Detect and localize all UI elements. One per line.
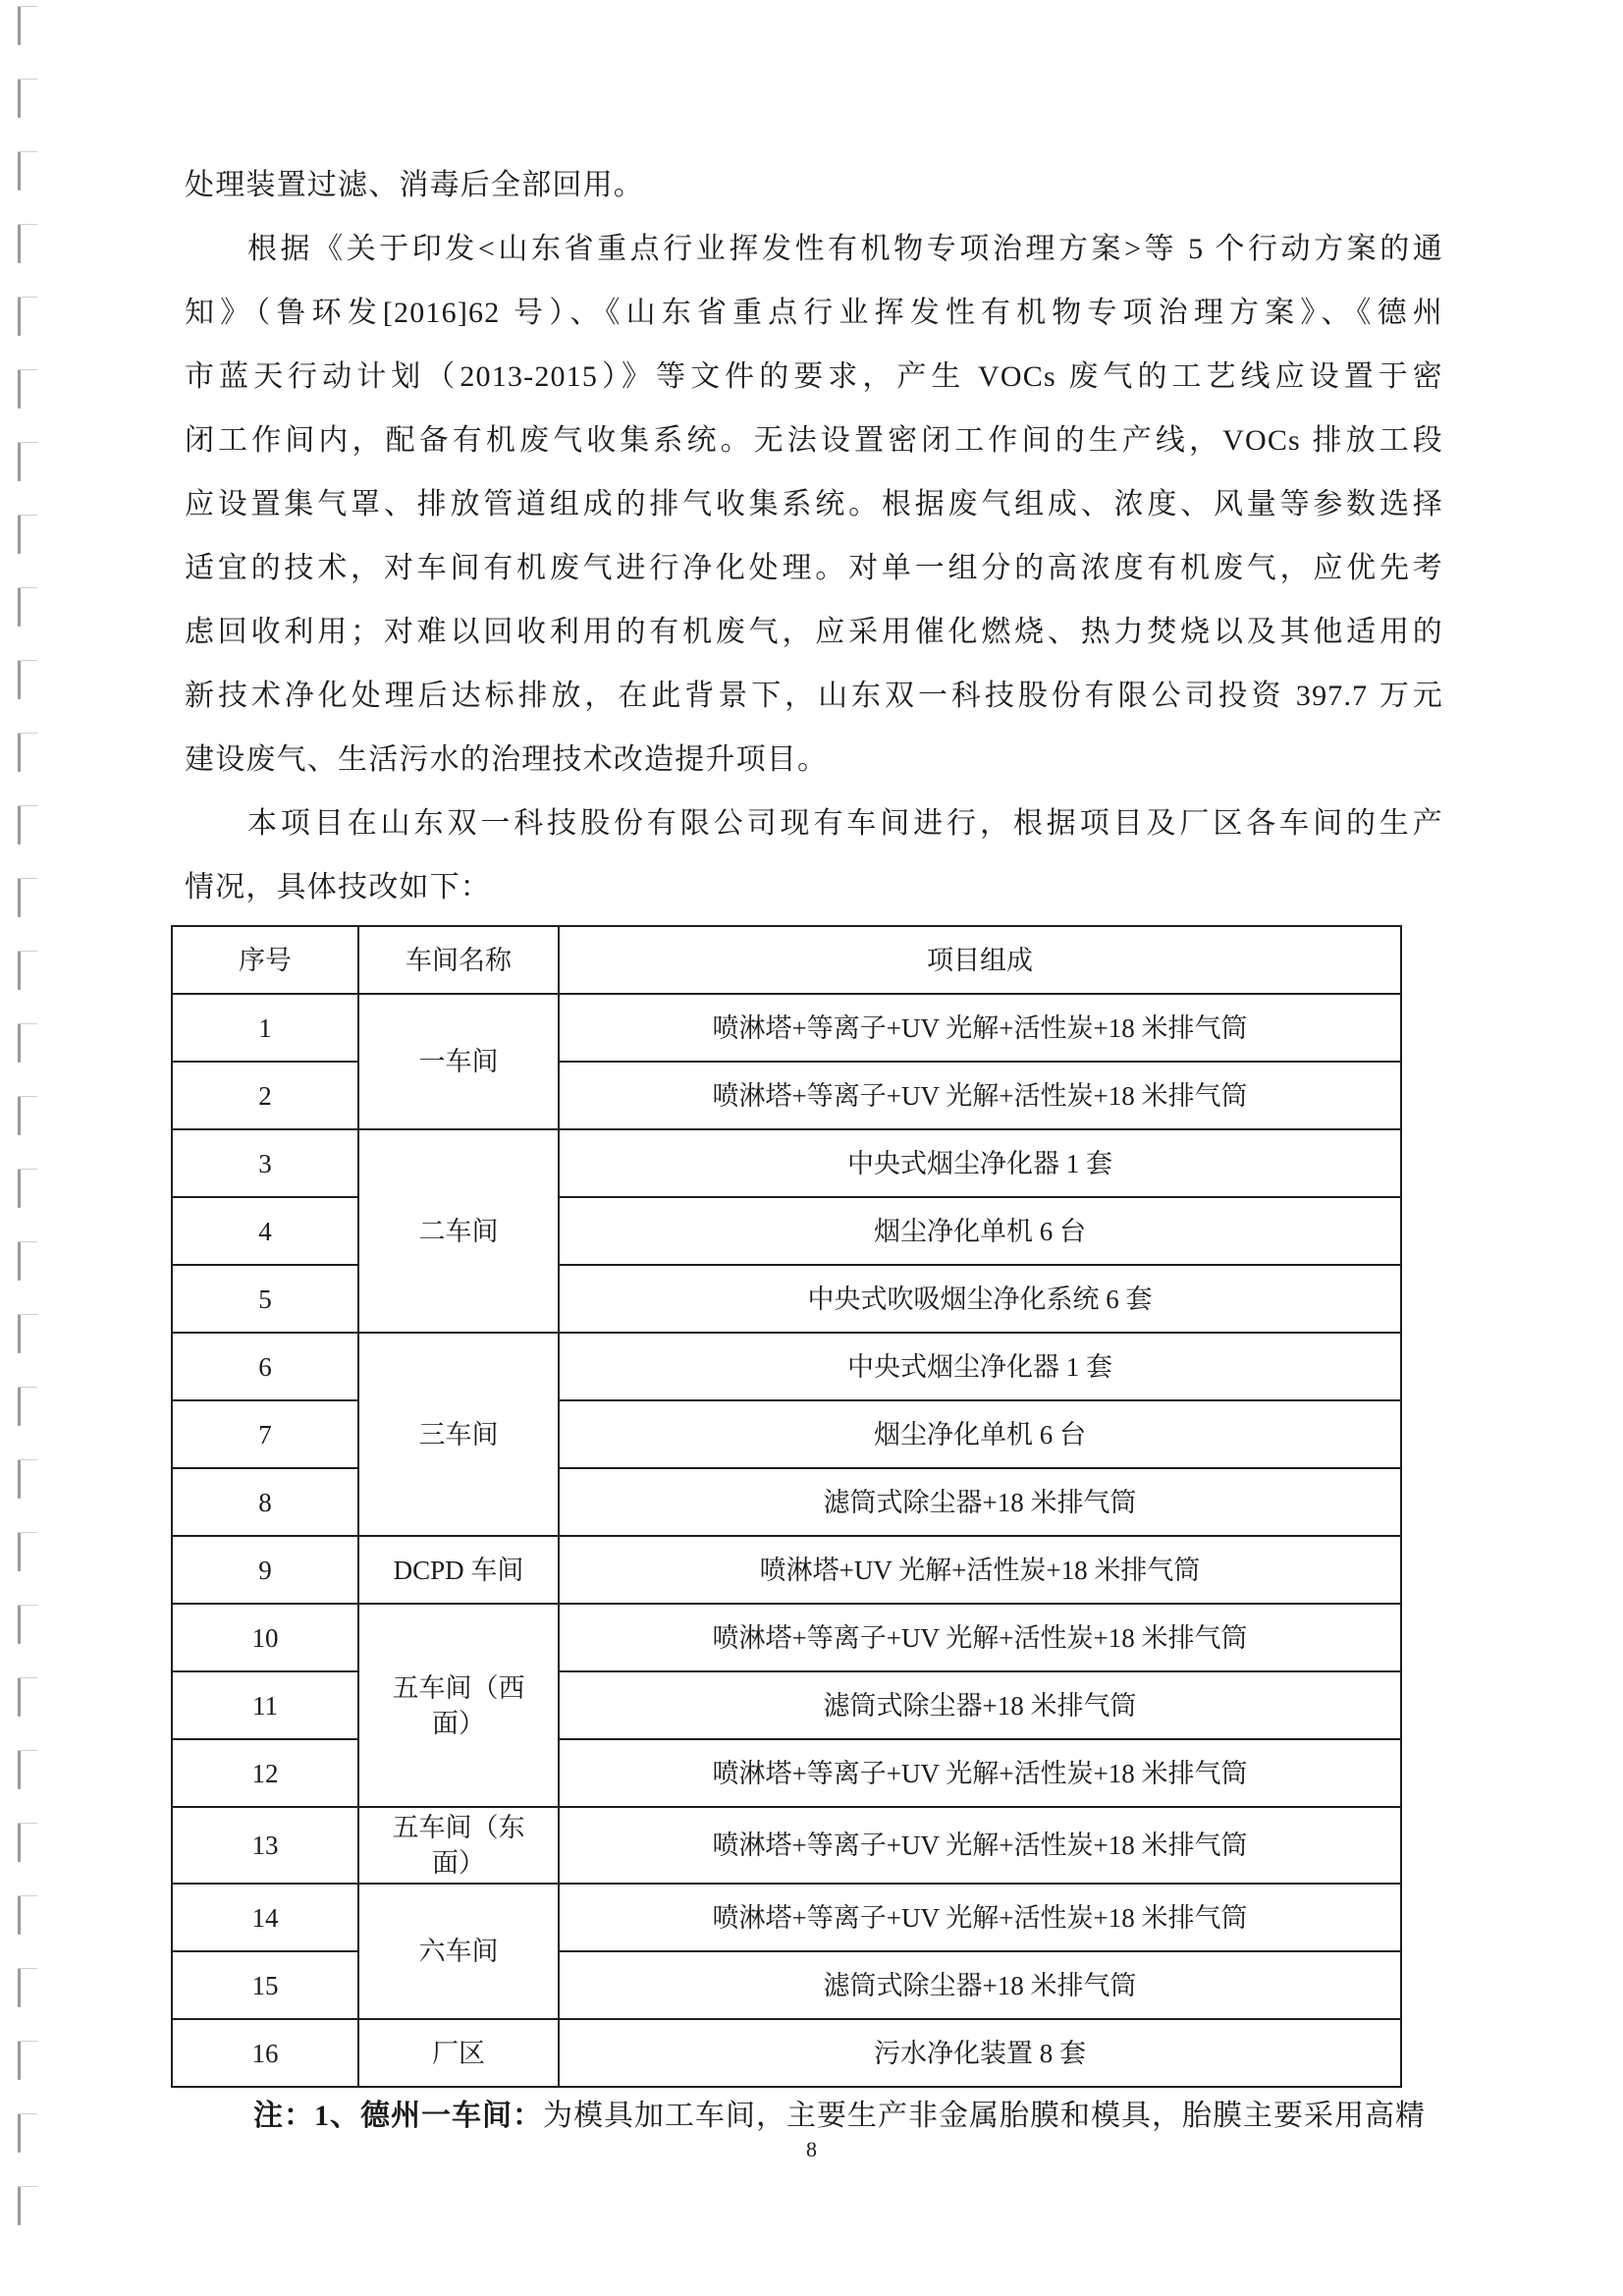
binding-mark [18, 1241, 21, 1281]
binding-mark [18, 1605, 21, 1644]
table-row: 10 五车间（西面） 喷淋塔+等离子+UV 光解+活性炭+18 米排气筒 [172, 1604, 1401, 1671]
paragraph: 本项目在山东双一科技股份有限公司现有车间进行，根据项目及厂区各车间的生产 情况，… [185, 792, 1443, 919]
table-row: 5 中央式吹吸烟尘净化系统 6 套 [172, 1265, 1401, 1333]
note-prefix: 注：1、德州一车间： [253, 2100, 543, 2132]
binding-mark [18, 660, 21, 699]
workshop-name: 六车间 [358, 1884, 559, 2019]
row-item: 喷淋塔+等离子+UV 光解+活性炭+18 米排气筒 [559, 1739, 1401, 1807]
text-line: 虑回收利用；对难以回收利用的有机废气，应采用催化燃烧、热力焚烧以及其他适用的 [185, 600, 1443, 664]
binding-mark [18, 369, 21, 409]
table-row: 4 烟尘净化单机 6 台 [172, 1197, 1401, 1265]
table-row: 14 六车间 喷淋塔+等离子+UV 光解+活性炭+18 米排气筒 [172, 1884, 1401, 1951]
binding-mark [18, 951, 21, 990]
row-item: 喷淋塔+等离子+UV 光解+活性炭+18 米排气筒 [559, 1062, 1401, 1129]
note-text: 为模具加工车间，主要生产非金属胎膜和模具，胎膜主要采用高精 [543, 2100, 1426, 2132]
text-line: 适宜的技术，对车间有机废气进行净化处理。对单一组分的高浓度有机废气，应优先考 [185, 536, 1443, 600]
table-row: 15 滤筒式除尘器+18 米排气筒 [172, 1951, 1401, 2019]
row-item: 中央式烟尘净化器 1 套 [559, 1129, 1401, 1197]
table-row: 16 厂区 污水净化装置 8 套 [172, 2019, 1401, 2087]
header-items: 项目组成 [559, 926, 1401, 994]
row-no: 13 [172, 1807, 358, 1884]
row-no: 12 [172, 1739, 358, 1807]
binding-mark [18, 79, 21, 118]
binding-mark [18, 1023, 21, 1063]
row-item: 烟尘净化单机 6 台 [559, 1400, 1401, 1468]
text-line: 新技术净化处理后达标排放，在此背景下，山东双一科技股份有限公司投资 397.7 … [185, 664, 1443, 728]
binding-mark [18, 151, 21, 191]
table-row: 1 一车间 喷淋塔+等离子+UV 光解+活性炭+18 米排气筒 [172, 994, 1401, 1062]
binding-mark [18, 224, 21, 263]
text-line: 根据《关于印发<山东省重点行业挥发性有机物专项治理方案>等 5 个行动方案的通 [185, 217, 1443, 281]
workshop-name: 五车间（西面） [358, 1604, 559, 1807]
row-no: 8 [172, 1468, 358, 1536]
row-no: 2 [172, 1062, 358, 1129]
row-item: 喷淋塔+等离子+UV 光解+活性炭+18 米排气筒 [559, 1884, 1401, 1951]
row-no: 6 [172, 1333, 358, 1400]
text-line: 应设置集气罩、排放管道组成的排气收集系统。根据废气组成、浓度、风量等参数选择 [185, 472, 1443, 536]
row-item: 中央式烟尘净化器 1 套 [559, 1333, 1401, 1400]
workshop-name: 厂区 [358, 2019, 559, 2087]
row-item: 烟尘净化单机 6 台 [559, 1197, 1401, 1265]
table-header-row: 序号 车间名称 项目组成 [172, 926, 1401, 994]
table-row: 8 滤筒式除尘器+18 米排气筒 [172, 1468, 1401, 1536]
page-number: 8 [0, 2137, 1623, 2162]
row-item: 污水净化装置 8 套 [559, 2019, 1401, 2087]
header-no: 序号 [172, 926, 358, 994]
row-item: 喷淋塔+等离子+UV 光解+活性炭+18 米排气筒 [559, 994, 1401, 1062]
binding-mark [18, 297, 21, 336]
row-item: 中央式吹吸烟尘净化系统 6 套 [559, 1265, 1401, 1333]
binding-mark [18, 1677, 21, 1717]
workshop-name: 二车间 [358, 1129, 559, 1333]
binding-mark [18, 1895, 21, 1935]
row-item: 喷淋塔+等离子+UV 光解+活性炭+18 米排气筒 [559, 1604, 1401, 1671]
workshop-name: 三车间 [358, 1333, 559, 1536]
table-row: 13 五车间（东面） 喷淋塔+等离子+UV 光解+活性炭+18 米排气筒 [172, 1807, 1401, 1884]
binding-mark [18, 1750, 21, 1789]
paragraph: 处理装置过滤、消毒后全部回用。 [185, 153, 1443, 217]
binding-mark [18, 1968, 21, 2007]
table-row: 6 三车间 中央式烟尘净化器 1 套 [172, 1333, 1401, 1400]
binding-mark [18, 6, 21, 45]
binding-mark [18, 442, 21, 481]
row-item: 喷淋塔+等离子+UV 光解+活性炭+18 米排气筒 [559, 1807, 1401, 1884]
row-item: 滤筒式除尘器+18 米排气筒 [559, 1468, 1401, 1536]
row-no: 11 [172, 1671, 358, 1739]
row-no: 10 [172, 1604, 358, 1671]
binding-mark [18, 805, 21, 845]
body-text: 处理装置过滤、消毒后全部回用。 根据《关于印发<山东省重点行业挥发性有机物专项治… [185, 153, 1443, 919]
table-row: 2 喷淋塔+等离子+UV 光解+活性炭+18 米排气筒 [172, 1062, 1401, 1129]
row-no: 16 [172, 2019, 358, 2087]
text-line: 闭工作间内，配备有机废气收集系统。无法设置密闭工作间的生产线，VOCs 排放工段 [185, 409, 1443, 472]
row-no: 4 [172, 1197, 358, 1265]
header-workshop: 车间名称 [358, 926, 559, 994]
text-line: 情况，具体技改如下： [185, 855, 1443, 919]
binding-mark [18, 2041, 21, 2080]
binding-mark [18, 587, 21, 627]
text-line: 建设废气、生活污水的治理技术改造提升项目。 [185, 728, 1443, 792]
row-no: 15 [172, 1951, 358, 2019]
row-no: 9 [172, 1536, 358, 1604]
table-row: 12 喷淋塔+等离子+UV 光解+活性炭+18 米排气筒 [172, 1739, 1401, 1807]
row-no: 3 [172, 1129, 358, 1197]
workshop-name: DCPD 车间 [358, 1536, 559, 1604]
row-no: 14 [172, 1884, 358, 1951]
binding-mark [18, 1532, 21, 1571]
text-line: 市蓝天行动计划（2013-2015）》等文件的要求，产生 VOCs 废气的工艺线… [185, 345, 1443, 409]
binding-mark [18, 1314, 21, 1353]
row-no: 1 [172, 994, 358, 1062]
workshop-name: 一车间 [358, 994, 559, 1129]
binding-mark [18, 1823, 21, 1862]
renovation-table: 序号 车间名称 项目组成 1 一车间 喷淋塔+等离子+UV 光解+活性炭+18 … [171, 925, 1402, 2088]
binding-mark [18, 1459, 21, 1499]
paragraph: 根据《关于印发<山东省重点行业挥发性有机物专项治理方案>等 5 个行动方案的通 … [185, 217, 1443, 792]
table-note: 注：1、德州一车间：为模具加工车间，主要生产非金属胎膜和模具，胎膜主要采用高精 [253, 2094, 1443, 2139]
row-item: 滤筒式除尘器+18 米排气筒 [559, 1671, 1401, 1739]
workshop-name: 五车间（东面） [358, 1807, 559, 1884]
binding-mark [18, 515, 21, 554]
text-line: 处理装置过滤、消毒后全部回用。 [185, 153, 1443, 217]
binding-mark [18, 1387, 21, 1426]
text-line: 知》（鲁环发[2016]62 号）、《山东省重点行业挥发性有机物专项治理方案》、… [185, 281, 1443, 345]
binding-mark [18, 2186, 21, 2225]
text-line: 本项目在山东双一科技股份有限公司现有车间进行，根据项目及厂区各车间的生产 [185, 792, 1443, 855]
row-item: 喷淋塔+UV 光解+活性炭+18 米排气筒 [559, 1536, 1401, 1604]
table-row: 7 烟尘净化单机 6 台 [172, 1400, 1401, 1468]
row-no: 7 [172, 1400, 358, 1468]
binding-mark [18, 1096, 21, 1135]
table-row: 9 DCPD 车间 喷淋塔+UV 光解+活性炭+18 米排气筒 [172, 1536, 1401, 1604]
row-item: 滤筒式除尘器+18 米排气筒 [559, 1951, 1401, 2019]
row-no: 5 [172, 1265, 358, 1333]
table-row: 3 二车间 中央式烟尘净化器 1 套 [172, 1129, 1401, 1197]
binding-mark [18, 1169, 21, 1208]
binding-mark [18, 878, 21, 917]
binding-mark [18, 733, 21, 772]
table-row: 11 滤筒式除尘器+18 米排气筒 [172, 1671, 1401, 1739]
